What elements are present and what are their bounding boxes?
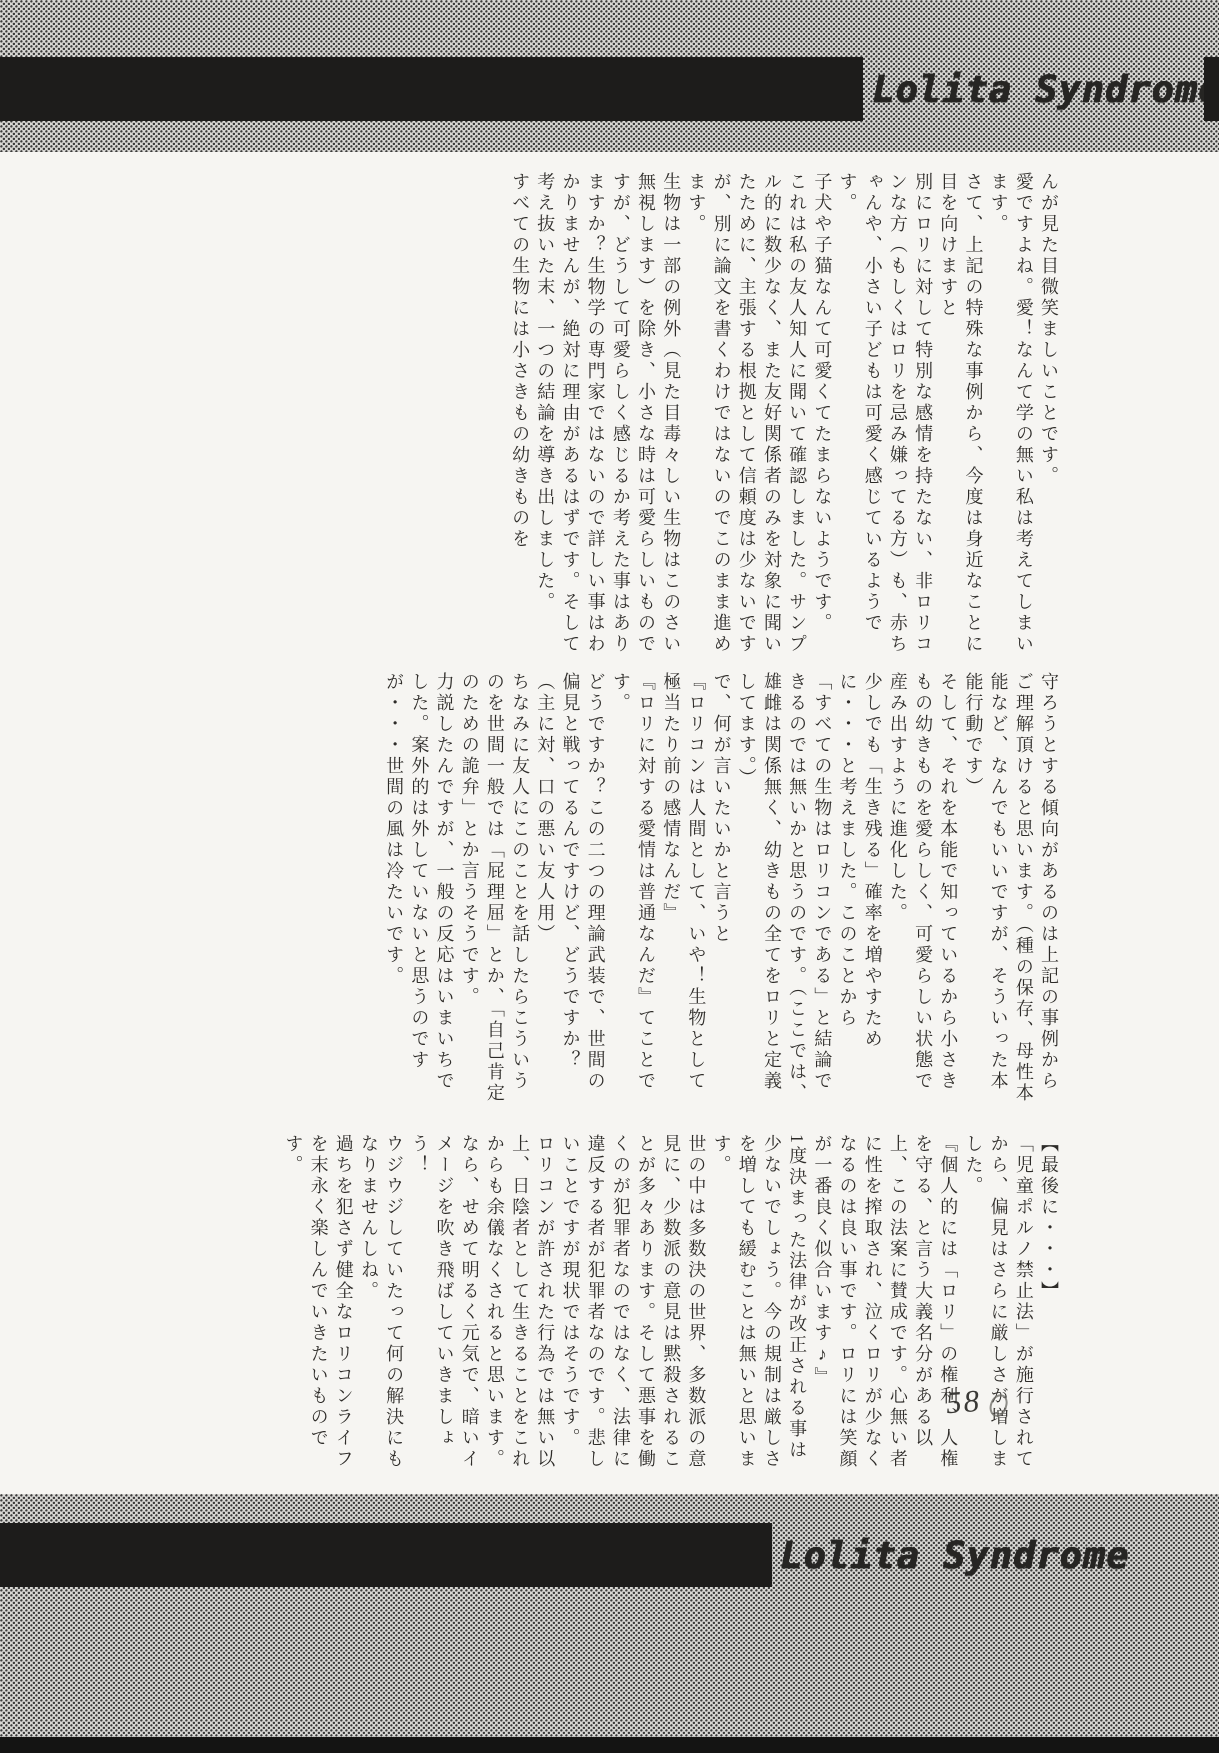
footer-bottom-edge-strip: [0, 1737, 1219, 1753]
scanned-page: { "header": { "title": "Lolita Syndrome"…: [0, 0, 1219, 1753]
paragraph: 子犬や子猫なんて可愛くてたまらないようです。: [809, 172, 834, 664]
paragraph: 愛ですよね。愛！なんて学の無い私は考えてしまいます。: [985, 172, 1035, 664]
paragraph: 1度決まった法律が改正される事は少ないでしょう。今の規制は厳しさを増しても緩むこ…: [708, 1134, 809, 1479]
footer-halftone-band: Lolita Syndrome: [0, 1494, 1219, 1753]
text-band-bottom: 【最後に・・・】 「児童ポルノ禁止法」が施行されてから、偏見はさらに厳しさが増し…: [193, 1134, 1061, 1479]
text-band-middle: 守ろうとする傾向があるのは上記の事例からご理解頂けると思います。（種の保存、母性…: [193, 672, 1061, 1112]
paragraph: 生物は一部の例外（見た目毒々しい生物はこのさい無視します）を除き、小さな時は可愛…: [532, 172, 683, 664]
paragraph: そして、それを本能で知っているから小さきもの幼きものを愛らしく、可愛らしい状態で…: [885, 672, 961, 1112]
paragraph: どうですか？この二つの理論武装で、世間の偏見と戦ってるんですけど、どうですか？（…: [532, 672, 608, 1112]
paragraph: ちなみに友人にこのことを話したらこういうのを世間一般では「屁理屈」とか、「自己肯…: [457, 672, 533, 1112]
paragraph: んが見た目微笑ましいことです。: [1036, 172, 1061, 664]
paragraph: 力説したんですが、一般の反応はいまいちでした。案外的は外していないと思うのですが…: [381, 672, 457, 1112]
paragraph: 『個人的には「ロリ」の権利、人権を守る、と言う大義名分がある以上、この法案に賛成…: [809, 1134, 960, 1479]
footer-title: Lolita Syndrome: [780, 1534, 1129, 1577]
paragraph: 「児童ポルノ禁止法」が施行されてから、偏見はさらに厳しさが増しました。: [960, 1134, 1036, 1479]
header-black-bar-right-nub: [1204, 57, 1219, 121]
header-title: Lolita Syndrome: [872, 68, 1219, 111]
paragraph: 守ろうとする傾向があるのは上記の事例からご理解頂けると思います。（種の保存、母性…: [960, 672, 1061, 1112]
paragraph: ロリコンが許された行為では無い以上、日陰者として生きることをこれからも余儀なくさ…: [406, 1134, 557, 1479]
paragraph: 『ロリコンは人間として、いや！生物として極当たり前の感情なんだ』: [658, 672, 708, 1112]
text-band-top: んが見た目微笑ましいことです。愛ですよね。愛！なんて学の無い私は考えてしまいます…: [193, 172, 1061, 664]
paragraph: すべての生物には小さきもの幼きものを: [507, 172, 532, 664]
footer-black-bar: [0, 1523, 772, 1587]
header-halftone-band: Lolita Syndrome: [0, 0, 1219, 152]
paragraph: 別にロリに対して特別な感情を持たない、非ロリコンな方（もしくはロリを忌み嫌ってる…: [834, 172, 935, 664]
header-black-bar: [0, 57, 863, 121]
paragraph: これは私の友人知人に聞いて確認しました。サンプル的に数少なく、また友好関係者のみ…: [683, 172, 809, 664]
paragraph: で、何が言いたいかと言うと: [708, 672, 733, 1112]
paragraph: 「すべての生物はロリコンである」と結論できるのでは無いかと思うのです。（ここでは…: [734, 672, 835, 1112]
closing-heading: 【最後に・・・】: [1036, 1134, 1061, 1479]
paragraph: 過ちを犯さず健全なロリコンライフを末永く楽しんでいきたいものです。: [280, 1134, 356, 1479]
paragraph: ウジウジしていたって何の解決にもなりませんしね。: [356, 1134, 406, 1479]
paragraph: さて、上記の特殊な事例から、今度は身近なことに目を向けますと: [935, 172, 985, 664]
paragraph: 世の中は多数決の世界、多数派の意見に、少数派の意見は黙殺されることが多々あります…: [557, 1134, 708, 1479]
paragraph: 『ロリに対する愛情は普通なんだ』てことです。: [608, 672, 658, 1112]
paragraph: 少しでも「生き残る」確率を増やすために・・・と考えました。このことから: [834, 672, 884, 1112]
page-number: 58: [945, 1383, 982, 1421]
